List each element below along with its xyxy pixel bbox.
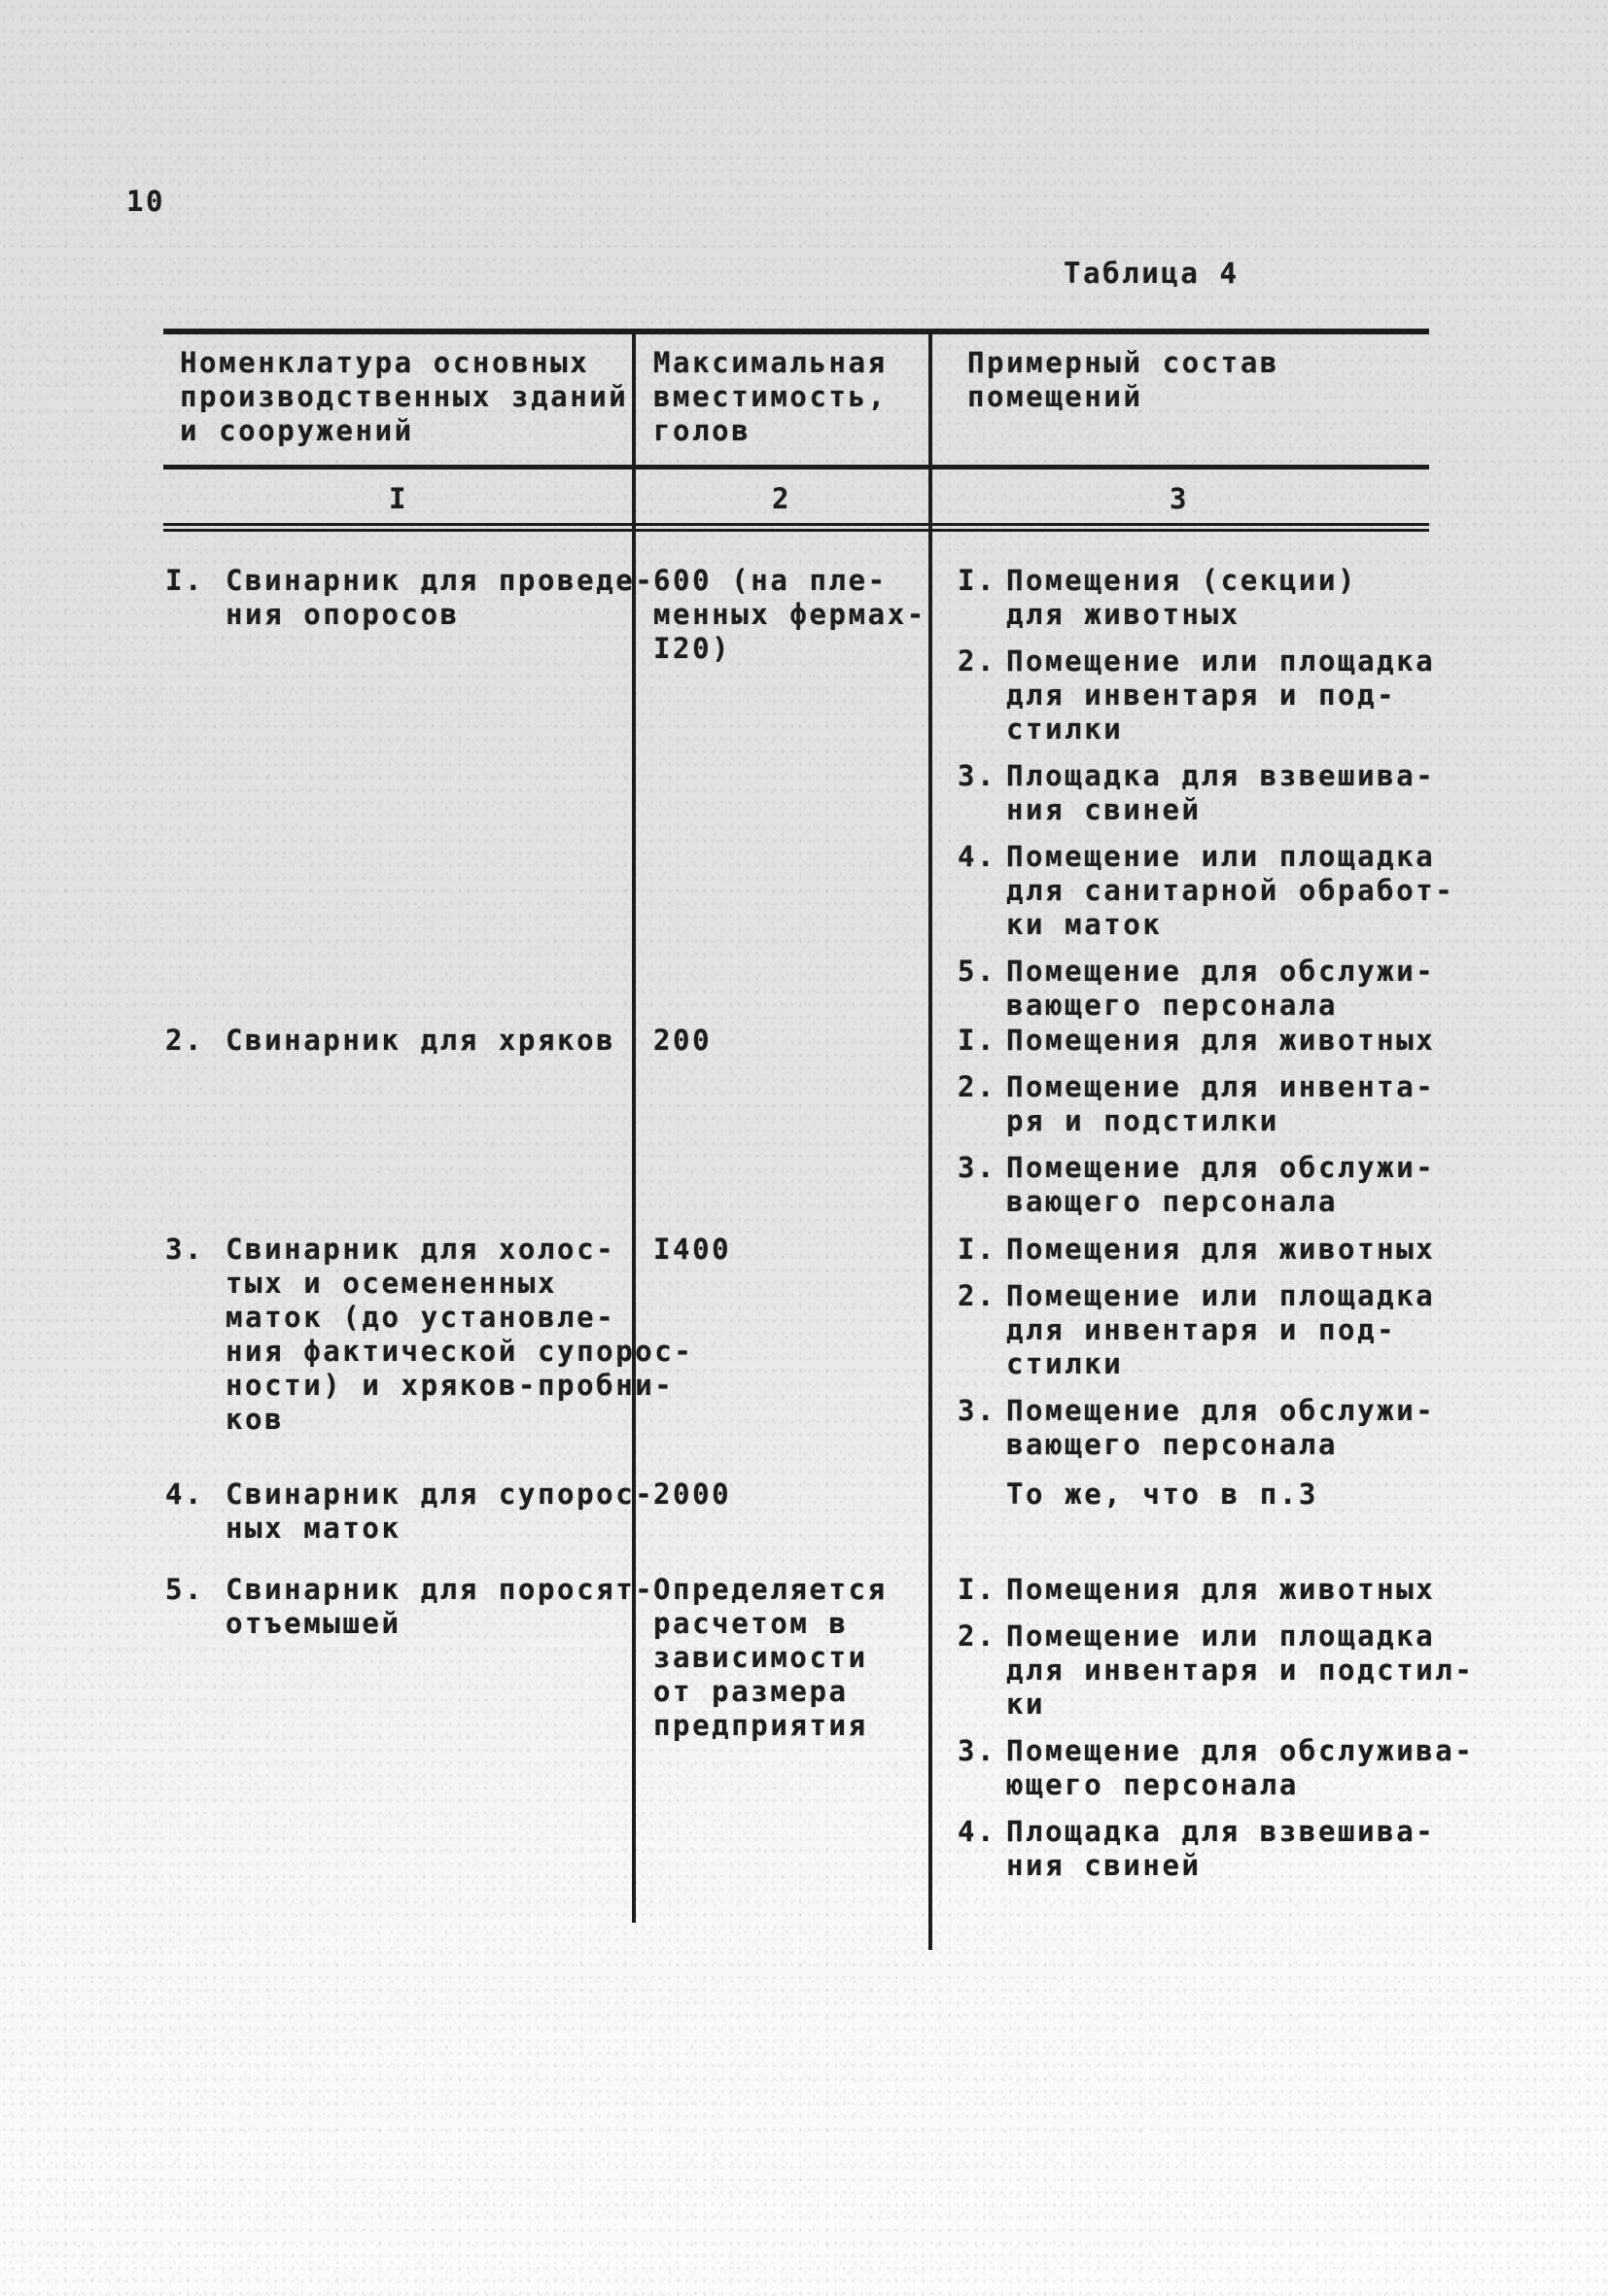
header-bottom-rule (163, 465, 1429, 470)
row-number: I. (165, 564, 226, 598)
building-name: Свинарник для проведе- ния опоросов (226, 564, 654, 632)
item-text: Помещения для животных (1006, 1233, 1435, 1267)
column-divider-2 (928, 329, 932, 1950)
header-cell-nomenclature: Номенклатура основных производственных з… (180, 346, 628, 448)
list-item: 3. Помещение для обслужи- вающего персон… (958, 1394, 1435, 1462)
item-number: 5. (958, 955, 1006, 989)
building-name: Свинарник для хряков (226, 1024, 615, 1058)
scanned-document-page: 10 Таблица 4 Номенклатура основных произ… (0, 0, 1608, 2296)
list-item: 2. Помещение или площадка для инвентаря … (958, 1619, 1474, 1722)
item-number: I. (958, 1573, 1006, 1607)
item-text: Помещения (секции) для животных (1006, 564, 1357, 632)
list-item: I. Помещения для животных (958, 1233, 1435, 1267)
page-number: 10 (126, 185, 165, 219)
item-text: Площадка для взвешива- ния свиней (1006, 1815, 1435, 1883)
list-item: I. Помещения (секции) для животных (958, 564, 1454, 632)
item-number: I. (958, 564, 1006, 598)
column-number-2: 2 (772, 482, 791, 516)
item-text: Помещение для обслужи- вающего персонала (1006, 1394, 1435, 1462)
table-row-1-capacity: 600 (на пле- менных фермах- I20) (653, 564, 926, 666)
table-row-2-capacity: 200 (653, 1024, 712, 1058)
item-text: Помещение для обслужи- вающего персонала (1006, 955, 1435, 1023)
table-row-1-rooms: I. Помещения (секции) для животных 2. По… (958, 564, 1454, 1023)
table-top-rule (163, 329, 1429, 334)
item-text: Помещение или площадка для инвентаря и п… (1006, 1619, 1474, 1722)
item-text: Помещение для обслужи- вающего персонала (1006, 1151, 1435, 1219)
item-number: 3. (958, 1734, 1006, 1768)
building-name: Свинарник для холос- тых и осемененных м… (226, 1233, 693, 1437)
item-number: 3. (958, 1151, 1006, 1185)
list-item: 4. Помещение или площадка для санитарной… (958, 840, 1454, 942)
row-number: 5. (165, 1573, 226, 1607)
table-row-3-capacity: I400 (653, 1233, 731, 1267)
header-cell-composition: Примерный состав помещений (967, 346, 1279, 414)
item-text: То же, что в п.3 (1006, 1478, 1318, 1512)
table-row-4-rooms: То же, что в п.3 (958, 1478, 1318, 1512)
building-name: Свинарник для супорос- ных маток (226, 1478, 654, 1546)
item-number: 2. (958, 644, 1006, 678)
list-item: 2. Помещение для инвента- ря и подстилки (958, 1070, 1435, 1138)
item-number: 2. (958, 1619, 1006, 1653)
column-number-rule (163, 523, 1429, 532)
item-text: Помещение или площадка для инвентаря и п… (1006, 644, 1435, 747)
table-row-4-name: 4. Свинарник для супорос- ных маток (165, 1478, 654, 1546)
item-number: I. (958, 1024, 1006, 1058)
item-text: Помещение для обслужива- ющего персонала (1006, 1734, 1474, 1802)
item-number: 2. (958, 1279, 1006, 1313)
list-item: 4. Площадка для взвешива- ния свиней (958, 1815, 1474, 1883)
table-row-3-name: 3. Свинарник для холос- тых и осемененны… (165, 1233, 693, 1437)
list-item: I. Помещения для животных (958, 1024, 1435, 1058)
list-item: I. Помещения для животных (958, 1573, 1474, 1607)
list-item: 2. Помещение или площадка для инвентаря … (958, 1279, 1435, 1381)
item-number: I. (958, 1233, 1006, 1267)
list-item: 3. Площадка для взвешива- ния свиней (958, 759, 1454, 827)
row-number: 4. (165, 1478, 226, 1512)
item-number: 3. (958, 759, 1006, 793)
row-number: 3. (165, 1233, 226, 1267)
list-item: То же, что в п.3 (958, 1478, 1318, 1512)
item-number: 4. (958, 840, 1006, 874)
item-number: 2. (958, 1070, 1006, 1104)
table-caption: Таблица 4 (1064, 257, 1240, 291)
table-row-4-capacity: 2000 (653, 1478, 731, 1512)
item-text: Помещение или площадка для санитарной об… (1006, 840, 1454, 942)
table-row-2-rooms: I. Помещения для животных 2. Помещение д… (958, 1024, 1435, 1219)
list-item: 3. Помещение для обслужи- вающего персон… (958, 1151, 1435, 1219)
table-row-1-name: I. Свинарник для проведе- ния опоросов (165, 564, 654, 632)
table-row-3-rooms: I. Помещения для животных 2. Помещение и… (958, 1233, 1435, 1462)
item-text: Помещения для животных (1006, 1024, 1435, 1058)
table-row-5-rooms: I. Помещения для животных 2. Помещение и… (958, 1573, 1474, 1883)
list-item: 5. Помещение для обслужи- вающего персон… (958, 955, 1454, 1023)
item-text: Помещение для инвента- ря и подстилки (1006, 1070, 1435, 1138)
item-text: Площадка для взвешива- ния свиней (1006, 759, 1435, 827)
row-number: 2. (165, 1024, 226, 1058)
item-text: Помещения для животных (1006, 1573, 1435, 1607)
list-item: 2. Помещение или площадка для инвентаря … (958, 644, 1454, 747)
item-number: 4. (958, 1815, 1006, 1849)
item-text: Помещение или площадка для инвентаря и п… (1006, 1279, 1435, 1381)
column-number-1: I (389, 482, 408, 516)
table-row-5-name: 5. Свинарник для поросят- отъемышей (165, 1573, 654, 1641)
item-number: 3. (958, 1394, 1006, 1428)
building-name: Свинарник для поросят- отъемышей (226, 1573, 654, 1641)
header-cell-capacity: Максимальная вместимость, голов (653, 346, 888, 448)
column-number-3: 3 (1170, 482, 1189, 516)
table-row-2-name: 2. Свинарник для хряков (165, 1024, 615, 1058)
list-item: 3. Помещение для обслужива- ющего персон… (958, 1734, 1474, 1802)
table-row-5-capacity: Определяется расчетом в зависимости от р… (653, 1573, 888, 1743)
